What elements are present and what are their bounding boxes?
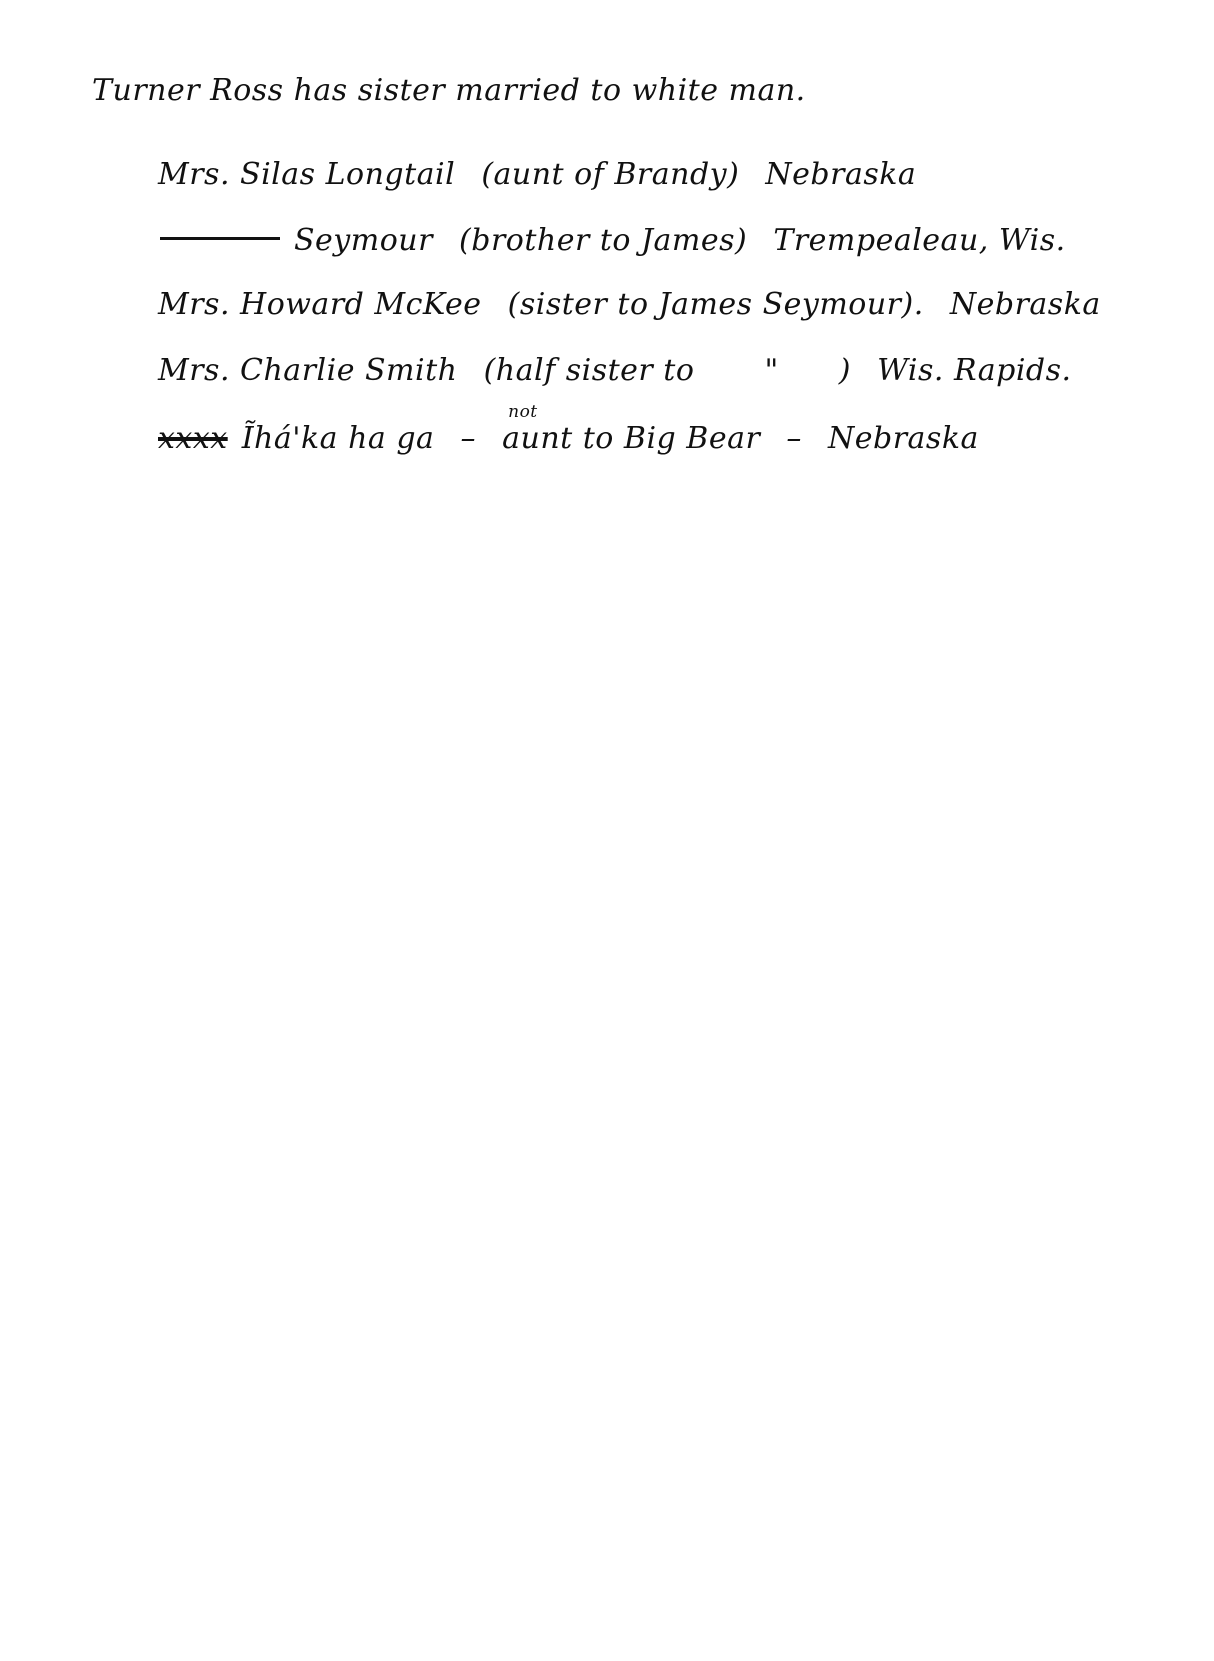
entry-name: Mrs. Charlie Smith [158,353,457,388]
entry-line: xxxxĨhá'ka ha ga – not aunt to Big Bear … [158,424,979,454]
entry-place: Nebraska [765,157,916,192]
blank-dash [160,237,280,240]
entry-place: Nebraska [950,287,1101,322]
entry-relation: (aunt of Brandy) [481,157,739,192]
entry-name: Ĩhá'ka ha ga [242,421,435,456]
entry-place: Trempealeau, Wis. [773,223,1065,258]
entry-line: Mrs. Howard McKee (sister to James Seymo… [158,290,1101,320]
struck-out-word: xxxx [158,424,228,454]
note-heading: Turner Ross has sister married to white … [92,76,806,106]
heading-text: Turner Ross has sister married to white … [92,73,806,108]
entry-place: Wis. Rapids. [877,353,1071,388]
entry-line: Mrs. Charlie Smith (half sister to ") Wi… [158,356,1072,386]
document-page: Turner Ross has sister married to white … [0,0,1214,1661]
entry-name: Mrs. Howard McKee [158,287,482,322]
entry-name: Mrs. Silas Longtail [158,157,455,192]
inserted-word: not [508,404,538,421]
entry-name: Seymour [294,223,433,258]
separator: – [786,421,802,456]
entry-relation: (brother to James) [459,223,747,258]
ditto-mark: " [764,356,778,386]
entry-relation: aunt to Big Bear [502,421,760,456]
separator: – [461,421,477,456]
relation-with-insertion: not aunt to Big Bear [502,424,760,454]
relation-close: ) [839,353,851,388]
entry-line: Mrs. Silas Longtail (aunt of Brandy) Neb… [158,160,916,190]
entry-relation: (half sister to [484,353,695,388]
entry-line: Seymour (brother to James) Trempealeau, … [160,226,1066,256]
entry-place: Nebraska [828,421,979,456]
entry-relation: (sister to James Seymour). [508,287,924,322]
